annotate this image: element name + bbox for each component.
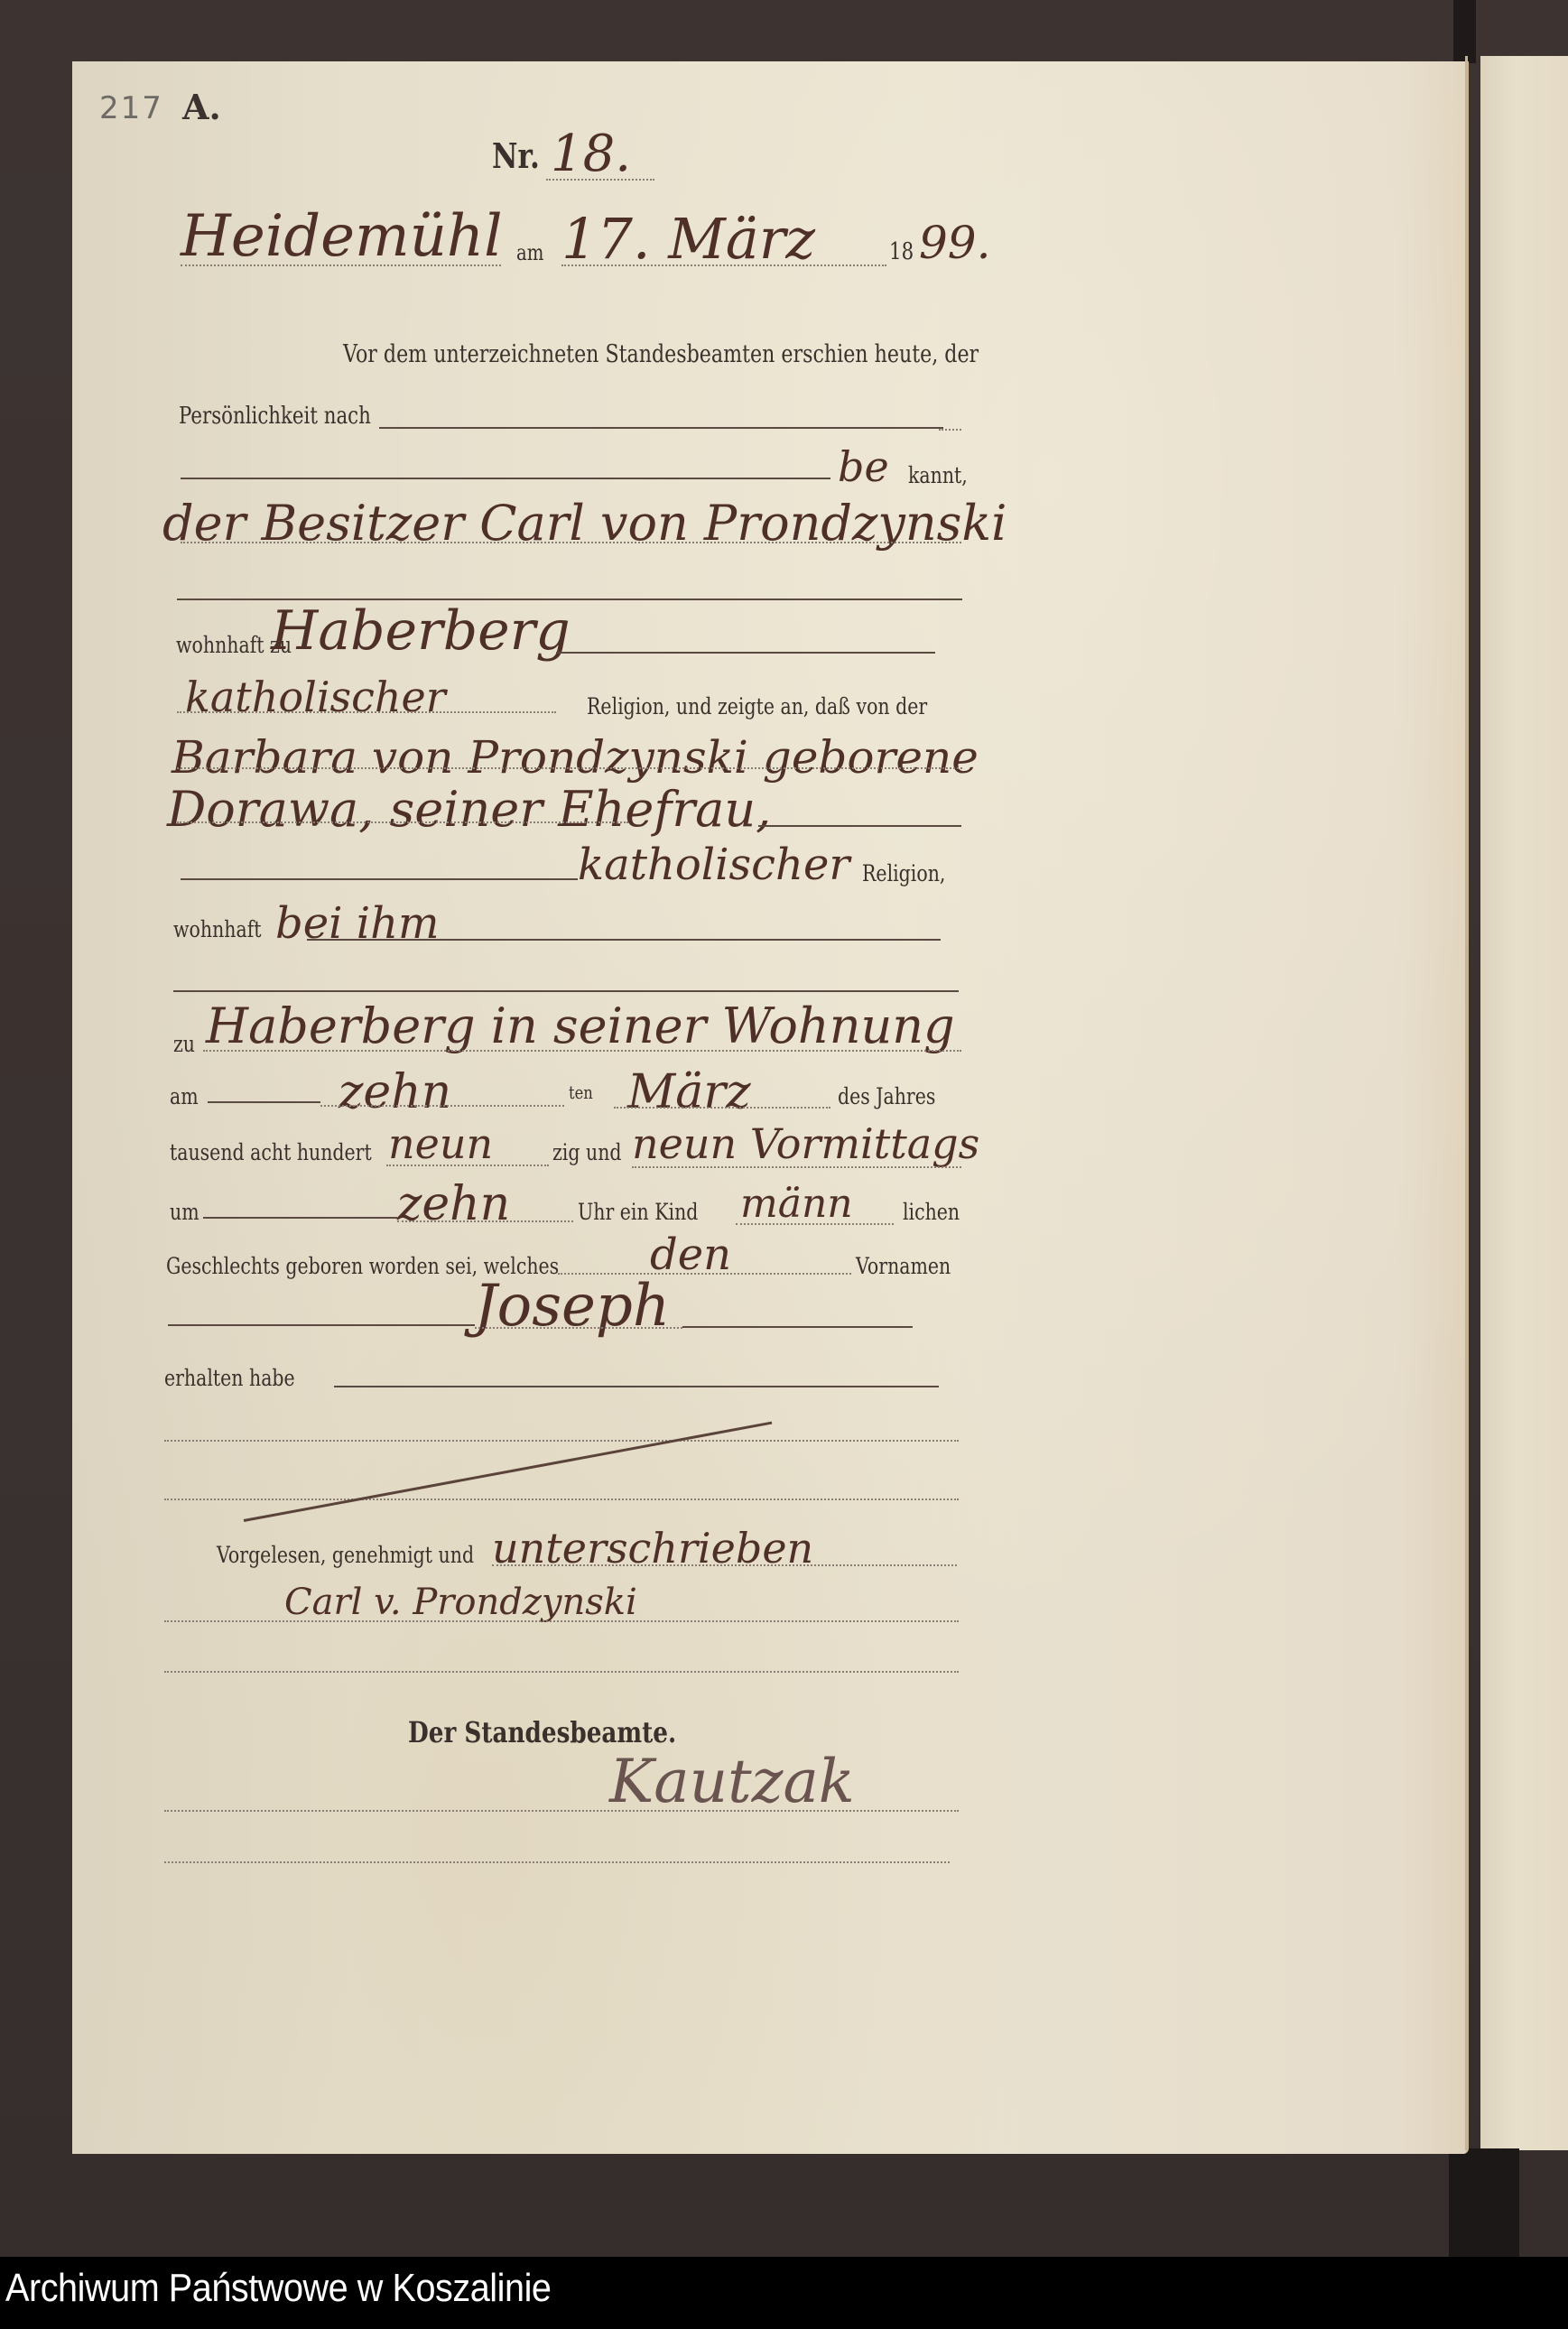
lichen-label: lichen xyxy=(903,1199,960,1225)
cancelled-rule-2 xyxy=(164,1499,959,1500)
archive-name: Archiwum Państwowe w Koszalinie xyxy=(5,2266,551,2311)
sex-rule xyxy=(736,1223,894,1225)
vornamen-label: Vornamen xyxy=(856,1253,951,1279)
page-fold xyxy=(1465,56,1468,2150)
hour-rule xyxy=(397,1220,573,1222)
mother-rule-1 xyxy=(177,767,962,769)
date-handwritten: 17. März xyxy=(561,206,815,272)
blank-rule xyxy=(173,990,959,992)
registrar-label: Der Standesbeamte. xyxy=(408,1715,676,1749)
place-handwritten: Heidemühl xyxy=(181,203,503,270)
record-number-rule xyxy=(546,179,654,181)
mother-residence-handwritten: bei ihm xyxy=(275,898,440,949)
religion-text: Religion, und zeigte an, daß von der xyxy=(587,693,927,719)
mother-residence-rule xyxy=(307,939,941,941)
birthplace-handwritten: Haberberg in seiner Wohnung xyxy=(206,997,955,1054)
signature-rule-1 xyxy=(164,1620,959,1622)
zu-label: zu xyxy=(173,1031,195,1057)
child-name-rule-right xyxy=(682,1326,913,1328)
ten-label: ten xyxy=(569,1081,593,1103)
day-rule xyxy=(320,1105,564,1107)
sex-handwritten: männ xyxy=(740,1181,853,1227)
record-number: 18. xyxy=(551,125,631,183)
book-spine-top xyxy=(1453,0,1476,63)
residence-handwritten: Haberberg xyxy=(271,599,571,663)
month-handwritten: März xyxy=(627,1065,751,1119)
religion-rule xyxy=(177,711,556,713)
unit-handwritten: neun Vormittags xyxy=(632,1119,979,1168)
mother-line1-handwritten: Barbara von Prondzynski geborene xyxy=(172,731,979,784)
um-label: um xyxy=(170,1199,199,1225)
hour-rule-solid xyxy=(203,1217,397,1219)
registrar-rule-1 xyxy=(164,1810,959,1812)
month-rule xyxy=(614,1107,830,1109)
date-am-label: am xyxy=(516,240,543,265)
signature-rule-2 xyxy=(164,1671,959,1673)
tausend-label: tausend acht hundert xyxy=(170,1139,372,1165)
declarant-rule xyxy=(181,542,961,543)
registrar-signature: Kautzak xyxy=(609,1747,855,1816)
cancelled-rule-1 xyxy=(164,1440,959,1442)
child-name-rule-left xyxy=(168,1324,475,1326)
vorgelesen-rule xyxy=(492,1564,957,1566)
year-suffix: 99. xyxy=(919,217,991,269)
am-label: am xyxy=(170,1083,199,1109)
zig-und-label: zig und xyxy=(552,1139,622,1165)
uhr-label: Uhr ein Kind xyxy=(578,1199,698,1225)
vorgelesen-label: Vorgelesen, genehmigt und xyxy=(217,1542,474,1568)
pencil-folio-number: 217 xyxy=(99,90,163,126)
residence-rule xyxy=(556,652,935,654)
intro-text: Vor dem unterzeichneten Standesbeamten e… xyxy=(343,340,979,368)
blank-rule xyxy=(181,478,830,479)
unit-rule xyxy=(632,1166,961,1168)
persoenlichkeit-label: Persönlichkeit nach xyxy=(179,403,371,430)
archive-caption-bar: Archiwum Państwowe w Koszalinie xyxy=(0,2257,1568,2329)
day-rule-solid xyxy=(208,1101,320,1103)
adjacent-page xyxy=(1480,56,1568,2150)
place-rule xyxy=(181,264,501,266)
blank-rule xyxy=(181,878,578,880)
decade-rule xyxy=(386,1164,549,1166)
hour-handwritten: zehn xyxy=(397,1177,510,1231)
book-spine-bottom xyxy=(1449,2148,1519,2257)
decade-handwritten: neun xyxy=(388,1119,493,1168)
day-handwritten: zehn xyxy=(339,1065,451,1119)
declarant-signature: Carl v. Prondzynski xyxy=(284,1582,637,1623)
date-rule xyxy=(561,264,886,266)
blank-rule-end xyxy=(939,429,961,431)
bekannt-handwritten: be xyxy=(838,442,889,491)
mother-rule-2 xyxy=(177,821,628,823)
religion-handwritten: katholischer xyxy=(185,673,446,721)
bekannt-label: kannt, xyxy=(908,462,968,488)
erhalten-label: erhalten habe xyxy=(164,1365,295,1391)
form-letter: A. xyxy=(182,87,221,127)
des-jahres-label: des Jahres xyxy=(838,1083,935,1109)
wohnhaft-label: wohnhaft xyxy=(173,916,262,942)
registrar-rule-2 xyxy=(164,1861,950,1863)
child-name-rule xyxy=(475,1327,682,1329)
mother-religion-handwritten: katholischer xyxy=(578,840,849,890)
year-prefix: 18 xyxy=(889,238,914,265)
blank-rule xyxy=(379,427,943,429)
record-number-label: Nr. xyxy=(492,135,540,176)
mother-religion-label: Religion, xyxy=(862,860,945,886)
mother-rule-2-end xyxy=(758,825,961,827)
mother-line2-handwritten: Dorawa, seiner Ehefrau, xyxy=(167,781,771,838)
erhalten-rule xyxy=(334,1386,939,1387)
child-name-handwritten: Joseph xyxy=(474,1273,670,1340)
birthplace-rule xyxy=(203,1050,961,1052)
